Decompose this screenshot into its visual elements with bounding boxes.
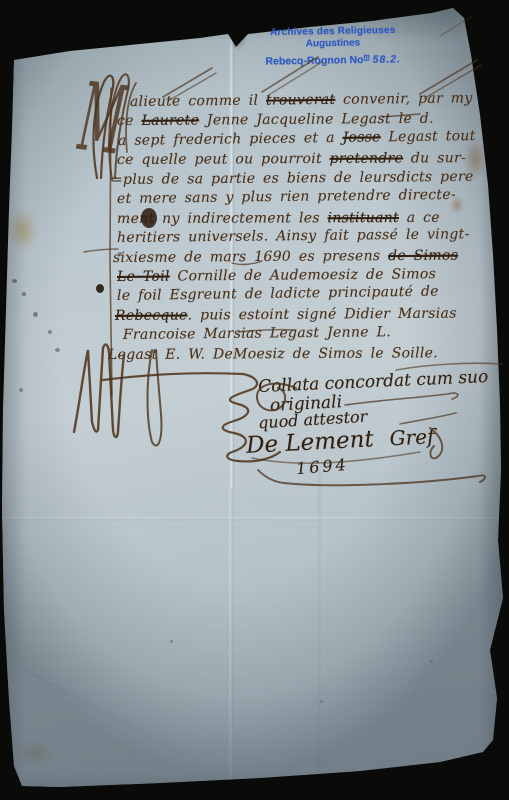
manuscript-text: le foil Esgreunt de ladicte principauté …: [117, 284, 439, 304]
manuscript-text: Legast E. W. DeMoesiz de Simos le Soille…: [108, 345, 438, 363]
struck-word: trouverat: [266, 92, 335, 109]
manuscript-text: Cornille de Audemoesiz de Simos: [170, 266, 436, 284]
manuscript-text: et mere sans y plus rien pretendre direc…: [117, 187, 456, 207]
struck-word: Laurete: [141, 113, 199, 129]
struck-word: de Simos: [388, 247, 458, 263]
signature-title: Gref: [389, 424, 435, 450]
manuscript-text: du sur-: [403, 150, 466, 166]
manuscript-text: Francoise Marsias Legast Jenne L.: [123, 324, 391, 343]
manuscript-text: ce quelle peut ou pourroit: [117, 151, 330, 168]
stamp-series-label: Rebecq-Rognon No: [265, 54, 363, 68]
manuscript-text: sixiesme de mars 1690 es presens: [113, 248, 388, 266]
manuscript-text: ment ny indirectement les: [117, 210, 328, 227]
manuscript-text: alieute comme il: [130, 93, 266, 110]
manuscript-text: heritiers universels. Ainsy fait passé l…: [117, 226, 470, 246]
manuscript-text: Legast tout: [381, 128, 476, 145]
manuscript-text: convenir, par my: [335, 90, 472, 107]
stamp-item-number: 58.2.: [373, 53, 402, 65]
struck-word: Josse: [342, 129, 380, 146]
struck-word: Rebecque: [115, 307, 188, 324]
manuscript-line: Legast E. W. DeMoesiz de Simos le Soille…: [108, 344, 497, 365]
manuscript-line: le foil Esgreunt de ladicte principauté …: [117, 282, 497, 307]
manuscript-text: a ce: [399, 209, 440, 225]
stamp-superscript: m: [363, 53, 369, 60]
manuscript-text: =plus de sa partie es biens de leursdict…: [111, 169, 474, 188]
manuscript-line: et mere sans y plus rien pretendre direc…: [117, 186, 497, 210]
struck-word: pretendre: [330, 151, 404, 167]
manuscript-line: Francoise Marsias Legast Jenne L.: [123, 322, 497, 345]
manuscript-text: ce: [117, 113, 142, 129]
manuscript-text: a sept frederich pieces et a: [118, 130, 343, 149]
manuscript-text: . puis estoint signé Didier Marsias: [188, 305, 457, 323]
struck-word: instituant: [328, 210, 399, 226]
stamp-line-2: Augustines: [256, 37, 410, 51]
manuscript-text-block: alieute comme il trouverat convenir, par…: [117, 93, 497, 365]
manuscript-line: heritiers universels. Ainsy fait passé l…: [117, 225, 497, 248]
manuscript-line: a sept frederich pieces et a Josse Legas…: [118, 127, 497, 152]
archive-stamp: Archives des Religieuses Augustines Rebe…: [256, 25, 411, 68]
manuscript-text: Jenne Jacqueline Legast le d.: [199, 111, 434, 129]
photo-backdrop: Archives des Religieuses Augustines Rebe…: [0, 0, 509, 800]
stamp-line-3: Rebecq-Rognon Nom 58.2.: [256, 51, 410, 68]
struck-word: Le Toil: [117, 268, 170, 284]
